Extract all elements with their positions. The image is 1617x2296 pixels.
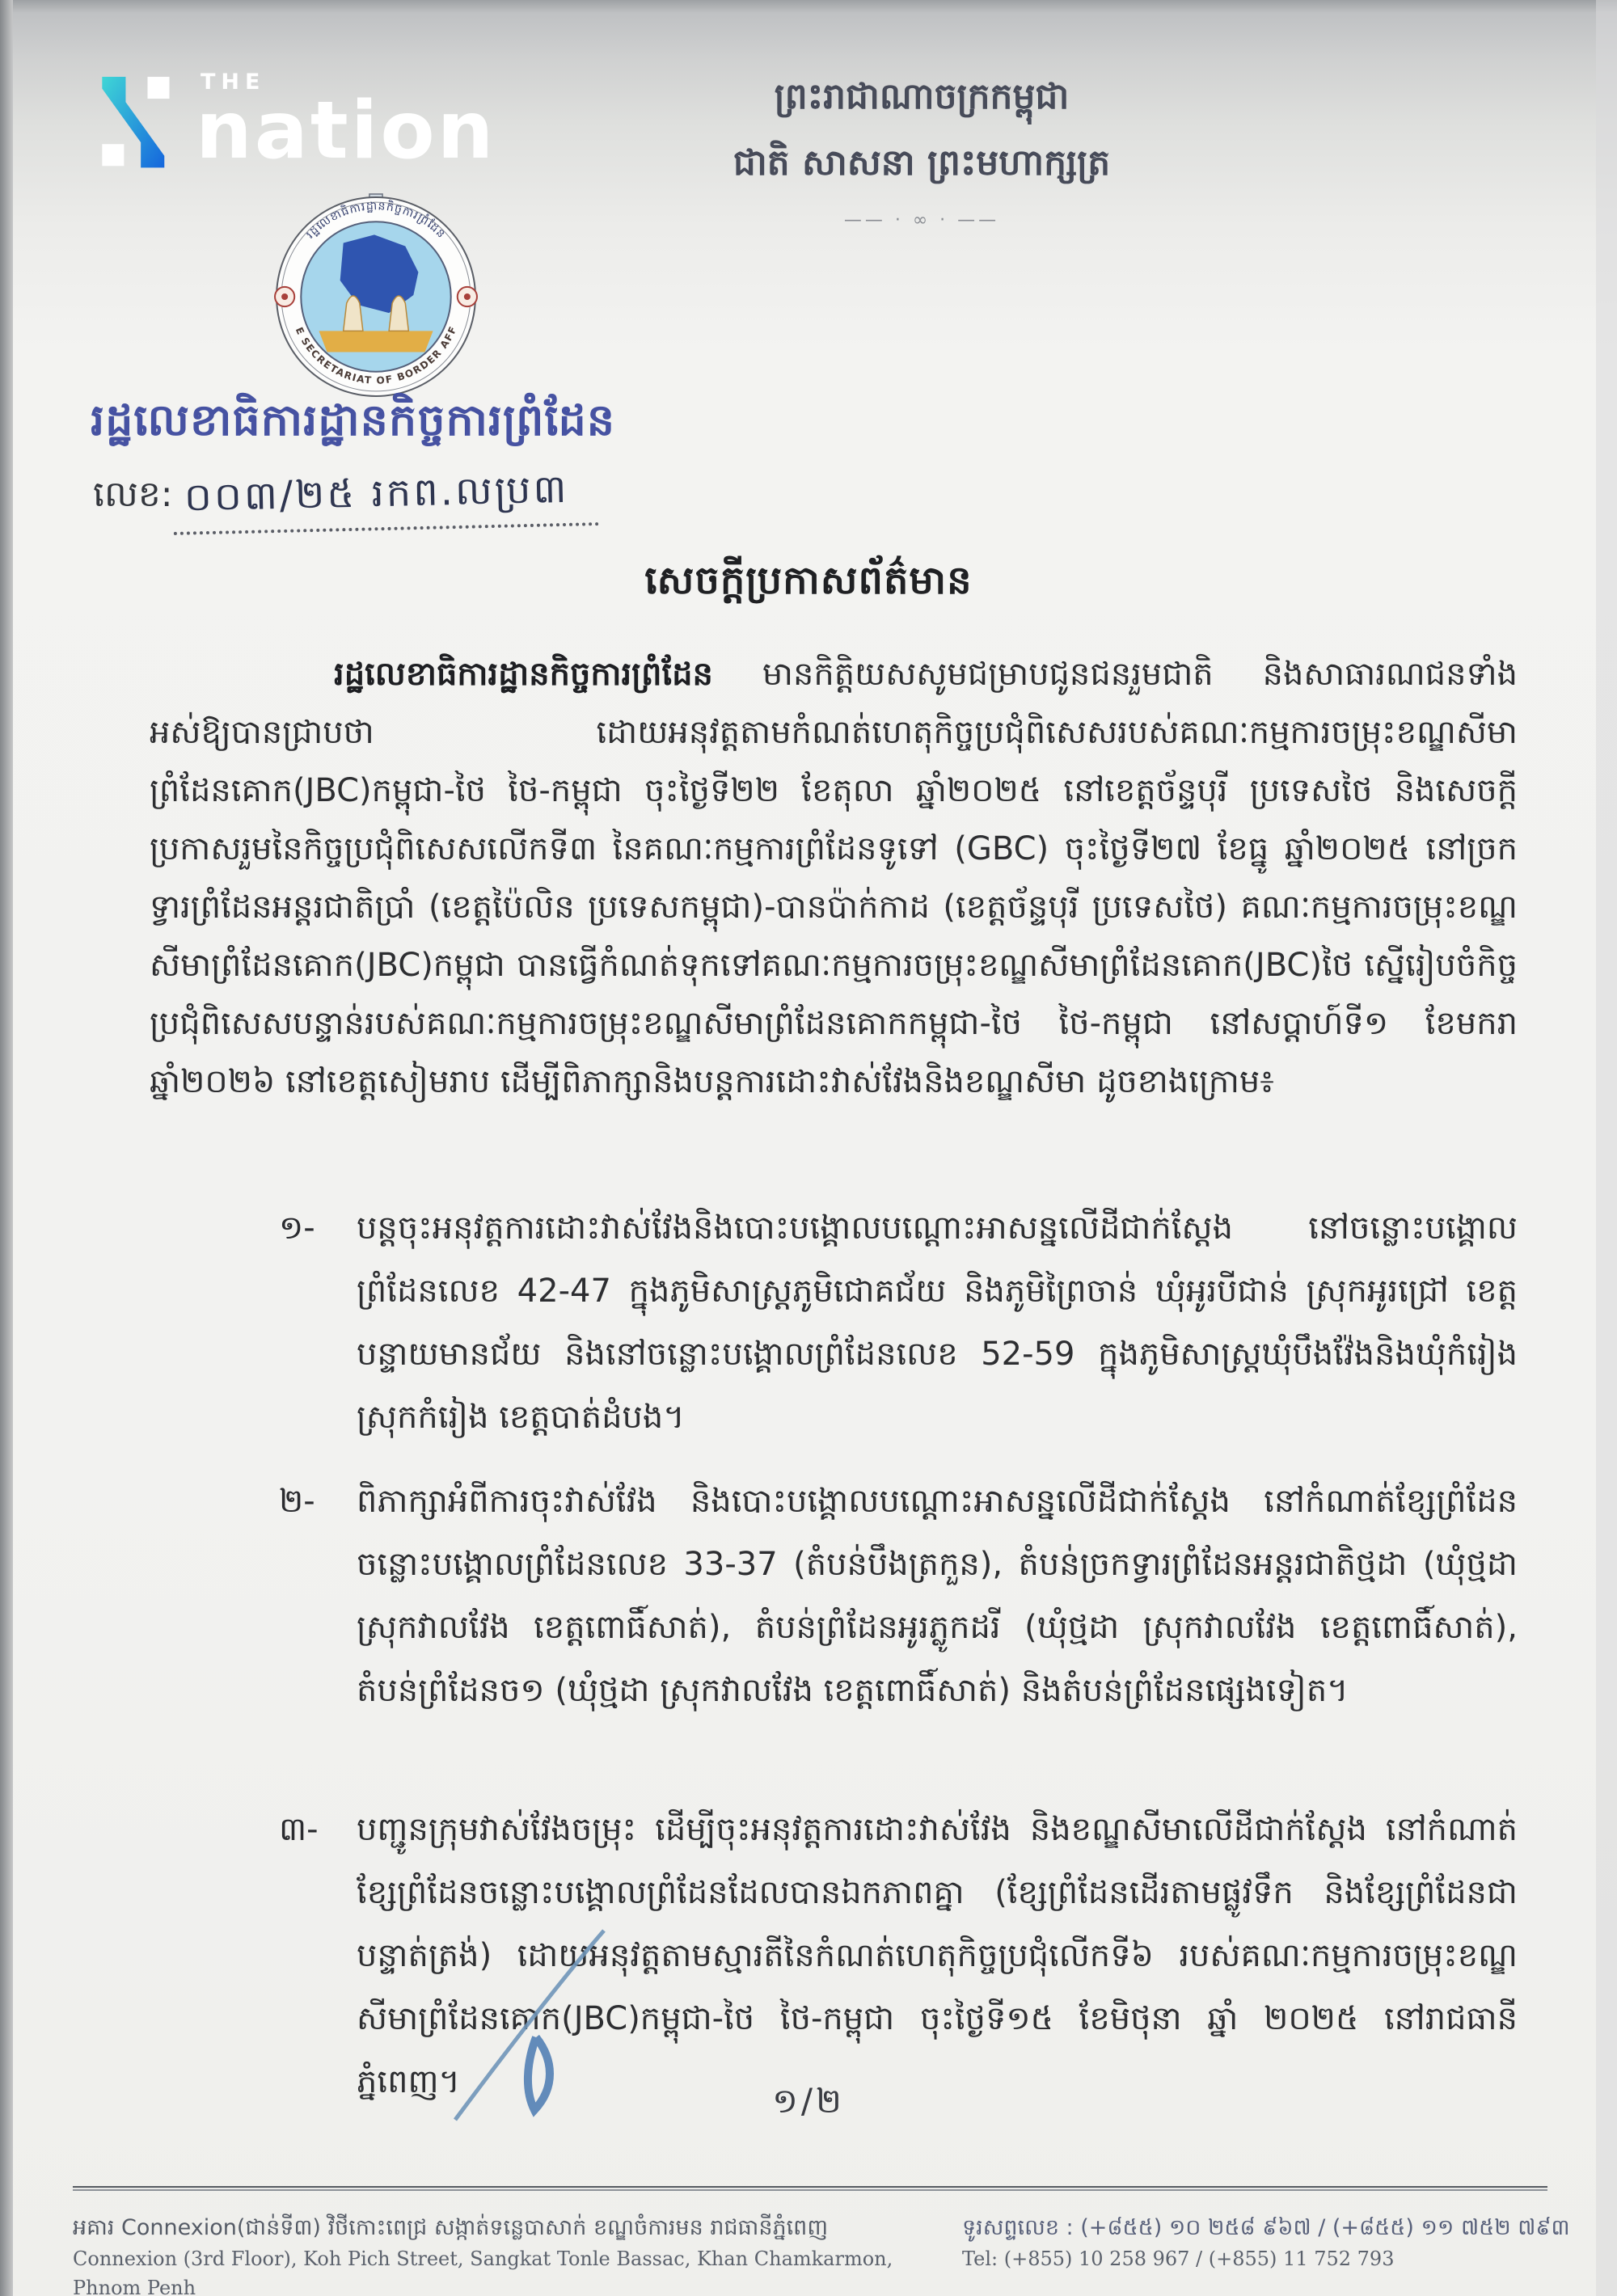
department-name: រដ្ឋលេខាធិការដ្ឋានកិច្ចការព្រំដែន [91, 393, 615, 457]
border-affairs-seal: រដ្ឋលេខាធិការដ្ឋានកិច្ចការព្រំដែន STATE … [261, 192, 491, 404]
footer-address-khmer: អគារ Connexion(ជាន់ទី៣) វិថីកោះពេជ្រ សង្… [73, 2212, 930, 2244]
logo-nation-label: nation [196, 96, 496, 166]
list-item-1: ១- បន្តចុះអនុវត្តការដោះវាស់វែងនិងបោះបង្គ… [279, 1197, 1518, 1449]
footer-address-block: អគារ Connexion(ជាន់ទី៣) វិថីកោះពេជ្រ សង្… [73, 2212, 930, 2296]
seal-golden-base [319, 331, 433, 352]
document-title: សេចក្តីប្រកាសព័ត៌មាន [0, 556, 1617, 613]
page-number: ១/២ [0, 2079, 1617, 2129]
the-nation-logo: THE nation [95, 66, 496, 173]
footer-address-english: Connexion (3rd Floor), Koh Pich Street, … [73, 2244, 930, 2296]
body-paragraph-lead: រដ្ឋលេខាធិការដ្ឋានកិច្ចការព្រំដែន [334, 656, 713, 693]
list-item-3-number: ៣- [279, 1798, 319, 1861]
body-paragraph-rest: មានកិត្តិយសសូមជម្រាបជូនជនរួមជាតិ និងសាធា… [150, 656, 1518, 1100]
scan-edge-left [0, 0, 13, 2296]
list-item-2-text: ពិភាក្សាអំពីការចុះវាស់វែង និងបោះបង្គោលបណ… [357, 1470, 1518, 1722]
the-nation-wordmark: THE nation [196, 66, 496, 166]
kingdom-line2: ជាតិ សាសនា ព្រះមហាក្សត្រ [614, 141, 1229, 192]
document-number-row: លេខ:០០៣/២៥ រកព.លប្រ៣ [93, 469, 597, 530]
footer-phone-khmer: ទូរសព្ទលេខ : (+៨៥៥) ១០ ២៥៨ ៩៦៧ / (+៨៥៥) … [962, 2212, 1585, 2244]
list-item-1-number: ១- [279, 1197, 315, 1260]
list-item-1-text: បន្តចុះអនុវត្តការដោះវាស់វែងនិងបោះបង្គោលប… [357, 1197, 1518, 1449]
kingdom-motto: ព្រះរាជាណាចក្រកម្ពុជា ជាតិ សាសនា ព្រះមហា… [614, 74, 1229, 230]
scan-edge-right [1596, 0, 1617, 2296]
the-nation-n-icon [95, 66, 179, 173]
document-number-handwritten: ០០៣/២៥ រកព.លប្រ៣ [172, 464, 598, 535]
body-paragraph: រដ្ឋលេខាធិការដ្ឋានកិច្ចការព្រំដែន មានកិត… [150, 645, 1518, 1111]
footer-phone-english: Tel: (+855) 10 258 967 / (+855) 11 752 7… [962, 2244, 1585, 2273]
footer-rule [73, 2186, 1547, 2191]
footer-phone-block: ទូរសព្ទលេខ : (+៨៥៥) ១០ ២៥៨ ៩៦៧ / (+៨៥៥) … [962, 2212, 1585, 2273]
scanned-document-page: THE nation ព្រះរាជាណាចក្រកម្ពុជា ជាតិ សា… [0, 0, 1617, 2296]
list-item-2-number: ២- [279, 1470, 315, 1533]
document-number-label: លេខ: [93, 474, 173, 515]
kingdom-line1: ព្រះរាជាណាចក្រកម្ពុជា [614, 74, 1229, 126]
list-item-2: ២- ពិភាក្សាអំពីការចុះវាស់វែង និងបោះបង្គោ… [279, 1470, 1518, 1722]
khmer-divider-ornament: —— · ∞ · —— [614, 210, 1229, 230]
